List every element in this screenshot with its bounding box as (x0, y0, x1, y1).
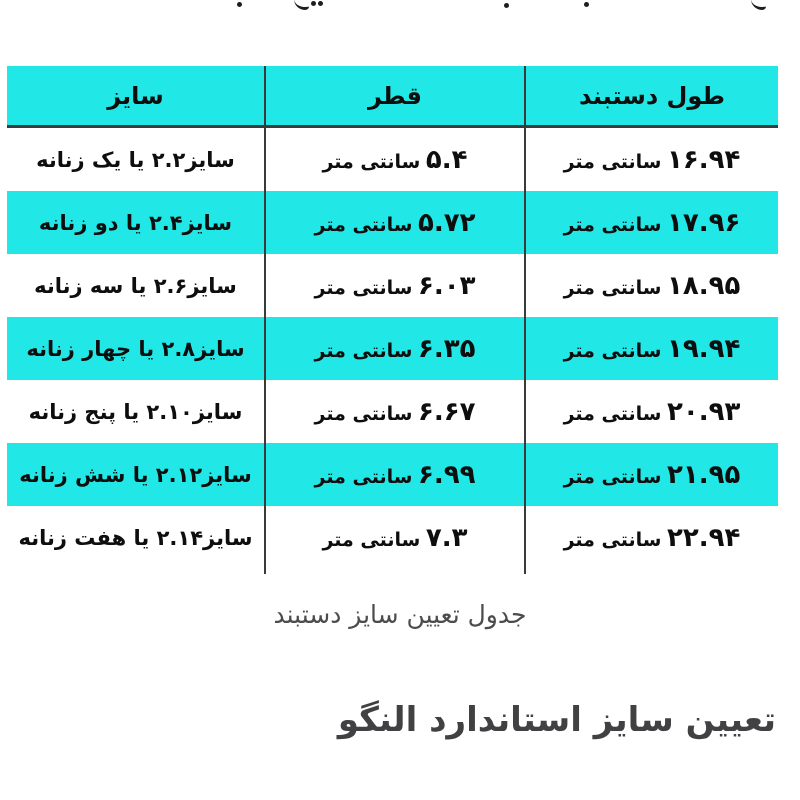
size-label: سایز۲.۱۴ یا هفت زنانه (18, 526, 252, 550)
length-value: ۱۷.۹۶ (667, 208, 740, 238)
table-caption: جدول تعیین سایز دستبند (0, 600, 800, 629)
diameter-unit: سانتی متر (315, 403, 413, 425)
size-label: سایز۲.۸ یا چهار زنانه (26, 337, 244, 361)
diameter-cell: ۶.۳۵ سانتی متر (265, 317, 525, 380)
length-unit: سانتی متر (564, 340, 662, 362)
cutoff-mark-icon (751, 0, 766, 10)
size-label: سایز۲.۱۲ یا شش زنانه (19, 463, 251, 487)
diameter-unit: سانتی متر (322, 529, 420, 551)
length-unit: سانتی متر (564, 214, 662, 236)
cutoff-mark-icon (504, 3, 509, 8)
diameter-value: ۶.۹۹ (418, 460, 475, 490)
table-header-row: طول دستبند قطر سایز (7, 66, 778, 127)
cutoff-mark-icon (584, 2, 589, 7)
diameter-unit: سانتی متر (315, 466, 413, 488)
table-row: ۱۷.۹۶ سانتی متر ۵.۷۲ سانتی متر سایز۲.۴ ی… (7, 191, 778, 254)
length-value: ۲۱.۹۵ (667, 460, 740, 490)
length-unit: سانتی متر (564, 529, 662, 551)
length-cell: ۱۸.۹۵ سانتی متر (525, 254, 778, 317)
diameter-value: ۵.۷۲ (418, 208, 475, 238)
diameter-value: ۶.۶۷ (418, 397, 475, 427)
size-cell: سایز۲.۲ یا یک زنانه (7, 127, 265, 192)
length-value: ۱۶.۹۴ (667, 145, 740, 175)
diameter-value: ۶.۰۳ (418, 271, 475, 301)
diameter-unit: سانتی متر (322, 151, 420, 173)
length-cell: ۲۲.۹۴ سانتی متر (525, 506, 778, 569)
cutoff-mark-icon (294, 0, 309, 10)
length-unit: سانتی متر (564, 466, 662, 488)
length-cell: ۲۱.۹۵ سانتی متر (525, 443, 778, 506)
length-cell: ۱۷.۹۶ سانتی متر (525, 191, 778, 254)
diameter-cell: ۵.۷۲ سانتی متر (265, 191, 525, 254)
size-cell: سایز۲.۱۴ یا هفت زنانه (7, 506, 265, 569)
size-label: سایز۲.۴ یا دو زنانه (39, 211, 232, 235)
table-row: ۱۶.۹۴ سانتی متر ۵.۴ سانتی متر سایز۲.۲ یا… (7, 127, 778, 192)
page-heading: تعیین سایز استاندارد النگو (0, 700, 800, 740)
cutoff-mark-icon (311, 1, 316, 6)
column-separator-line (524, 566, 526, 574)
length-cell: ۲۰.۹۳ سانتی متر (525, 380, 778, 443)
size-cell: سایز۲.۴ یا دو زنانه (7, 191, 265, 254)
diameter-value: ۷.۳ (426, 523, 468, 553)
cutoff-mark-icon (237, 2, 242, 7)
size-label: سایز۲.۲ یا یک زنانه (36, 148, 235, 172)
diameter-cell: ۶.۰۳ سانتی متر (265, 254, 525, 317)
bangle-size-table: طول دستبند قطر سایز ۱۶.۹۴ سانتی متر ۵.۴ … (7, 66, 778, 569)
length-value: ۲۰.۹۳ (667, 397, 740, 427)
length-value: ۲۲.۹۴ (667, 523, 740, 553)
length-unit: سانتی متر (564, 277, 662, 299)
diameter-cell: ۵.۴ سانتی متر (265, 127, 525, 192)
diameter-unit: سانتی متر (315, 277, 413, 299)
diameter-unit: سانتی متر (315, 340, 413, 362)
page: طول دستبند قطر سایز ۱۶.۹۴ سانتی متر ۵.۴ … (0, 0, 800, 800)
length-cell: ۱۹.۹۴ سانتی متر (525, 317, 778, 380)
size-cell: سایز۲.۶ یا سه زنانه (7, 254, 265, 317)
diameter-cell: ۶.۶۷ سانتی متر (265, 380, 525, 443)
column-header-length: طول دستبند (525, 66, 778, 127)
cutoff-mark-icon (318, 1, 323, 6)
column-separator-line (264, 566, 266, 574)
table-row: ۱۸.۹۵ سانتی متر ۶.۰۳ سانتی متر سایز۲.۶ ی… (7, 254, 778, 317)
length-unit: سانتی متر (564, 151, 662, 173)
length-value: ۱۸.۹۵ (667, 271, 740, 301)
size-cell: سایز۲.۸ یا چهار زنانه (7, 317, 265, 380)
size-label: سایز۲.۱۰ یا پنج زنانه (29, 400, 243, 424)
table-row: ۲۱.۹۵ سانتی متر ۶.۹۹ سانتی متر سایز۲.۱۲ … (7, 443, 778, 506)
length-unit: سانتی متر (564, 403, 662, 425)
length-value: ۱۹.۹۴ (667, 334, 740, 364)
diameter-value: ۶.۳۵ (418, 334, 475, 364)
column-header-diameter: قطر (265, 66, 525, 127)
table-row: ۲۰.۹۳ سانتی متر ۶.۶۷ سانتی متر سایز۲.۱۰ … (7, 380, 778, 443)
table-row: ۲۲.۹۴ سانتی متر ۷.۳ سانتی متر سایز۲.۱۴ ی… (7, 506, 778, 569)
table-row: ۱۹.۹۴ سانتی متر ۶.۳۵ سانتی متر سایز۲.۸ ی… (7, 317, 778, 380)
size-cell: سایز۲.۱۲ یا شش زنانه (7, 443, 265, 506)
size-cell: سایز۲.۱۰ یا پنج زنانه (7, 380, 265, 443)
diameter-unit: سانتی متر (315, 214, 413, 236)
size-label: سایز۲.۶ یا سه زنانه (34, 274, 237, 298)
diameter-value: ۵.۴ (426, 145, 468, 175)
diameter-cell: ۷.۳ سانتی متر (265, 506, 525, 569)
diameter-cell: ۶.۹۹ سانتی متر (265, 443, 525, 506)
column-header-size: سایز (7, 66, 265, 127)
length-cell: ۱۶.۹۴ سانتی متر (525, 127, 778, 192)
